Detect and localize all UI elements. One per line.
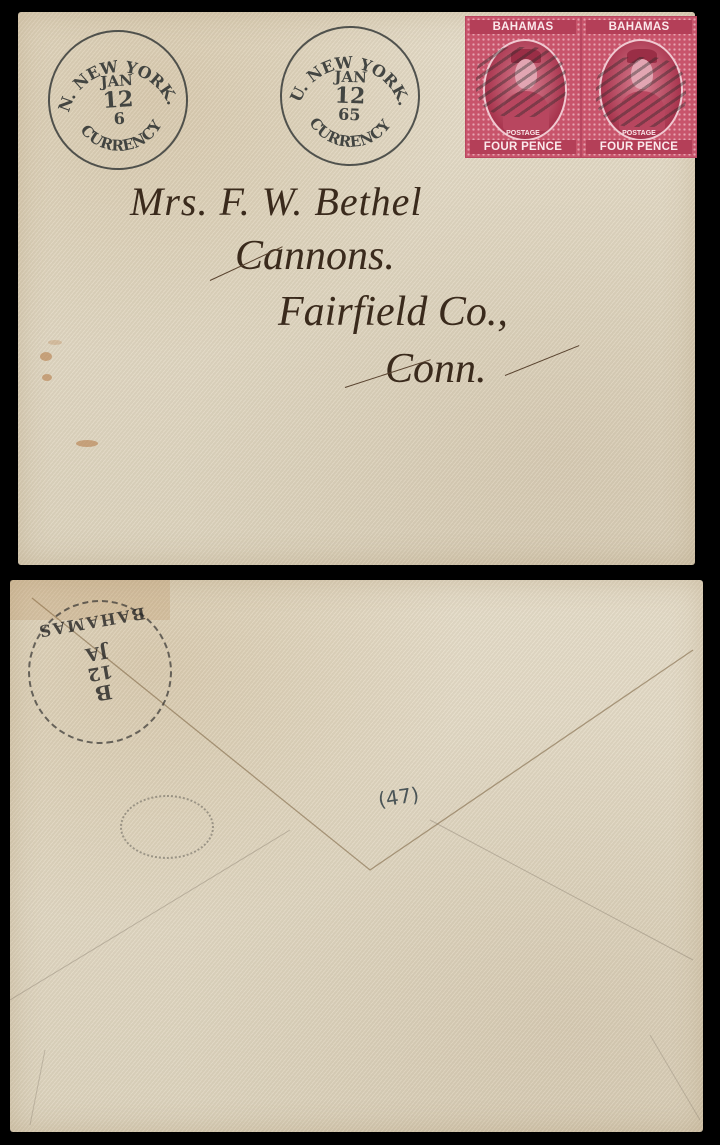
stamp-country: BAHAMAS — [470, 20, 576, 34]
foxing-stain — [48, 340, 62, 345]
address-line-2: Fairfield Co., — [278, 288, 508, 336]
cancellation-mark — [476, 47, 566, 117]
foxing-stain — [40, 352, 52, 361]
stamp-inscription: POSTAGE — [492, 130, 554, 137]
addressee-name: Mrs. F. W. Bethel — [130, 178, 423, 225]
bahamas-four-pence-stamp: BAHAMAS POSTAGE FOUR PENCE — [581, 16, 697, 158]
stamp-inscription: POSTAGE — [608, 130, 670, 137]
stamp-pair: BAHAMAS POSTAGE FOUR PENCE BAHAMAS POSTA… — [465, 16, 697, 158]
faint-postmark — [120, 795, 214, 859]
stamp-denomination: FOUR PENCE — [470, 140, 576, 154]
new-york-postmark-1: N. NEW YORK. CURRENCY JAN 12 6 — [43, 25, 192, 174]
foxing-stain — [42, 374, 52, 381]
cancellation-mark — [596, 57, 686, 127]
stamp-denomination: FOUR PENCE — [586, 140, 692, 154]
new-york-postmark-2: U. NEW YORK. CURRENCY JAN 12 65 — [278, 24, 423, 169]
foxing-stain — [76, 440, 98, 447]
stamp-country: BAHAMAS — [586, 20, 692, 34]
bahamas-four-pence-stamp: BAHAMAS POSTAGE FOUR PENCE — [465, 16, 581, 158]
